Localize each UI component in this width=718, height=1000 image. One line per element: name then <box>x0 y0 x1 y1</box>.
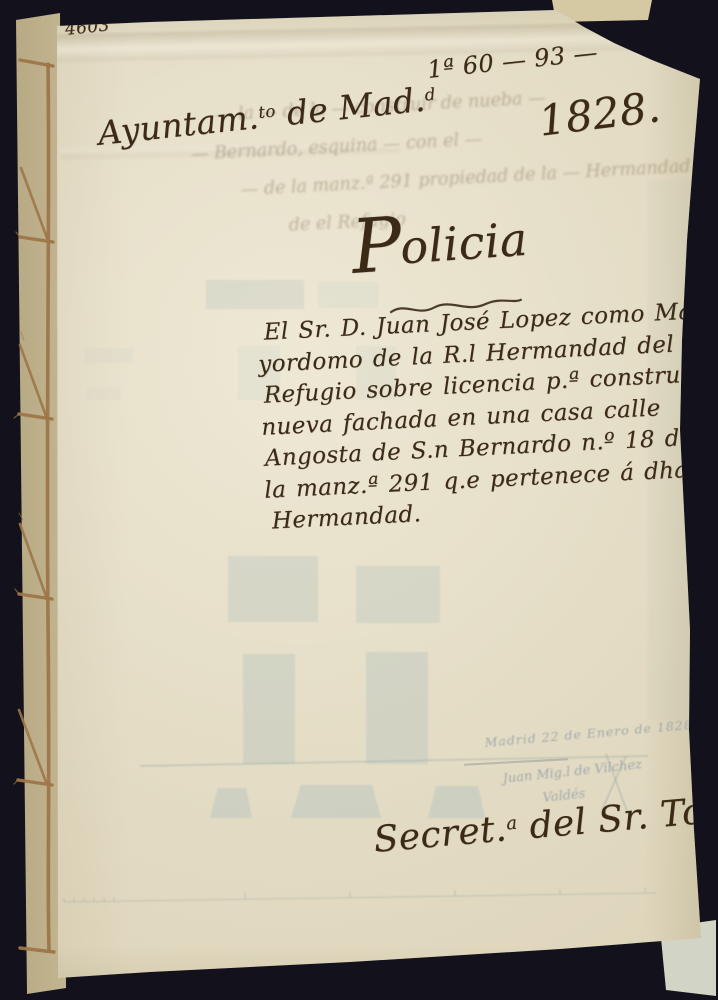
binding-thread <box>0 0 718 1000</box>
document-scan: — la — de la — construir de nueba — — Be… <box>0 0 718 1000</box>
